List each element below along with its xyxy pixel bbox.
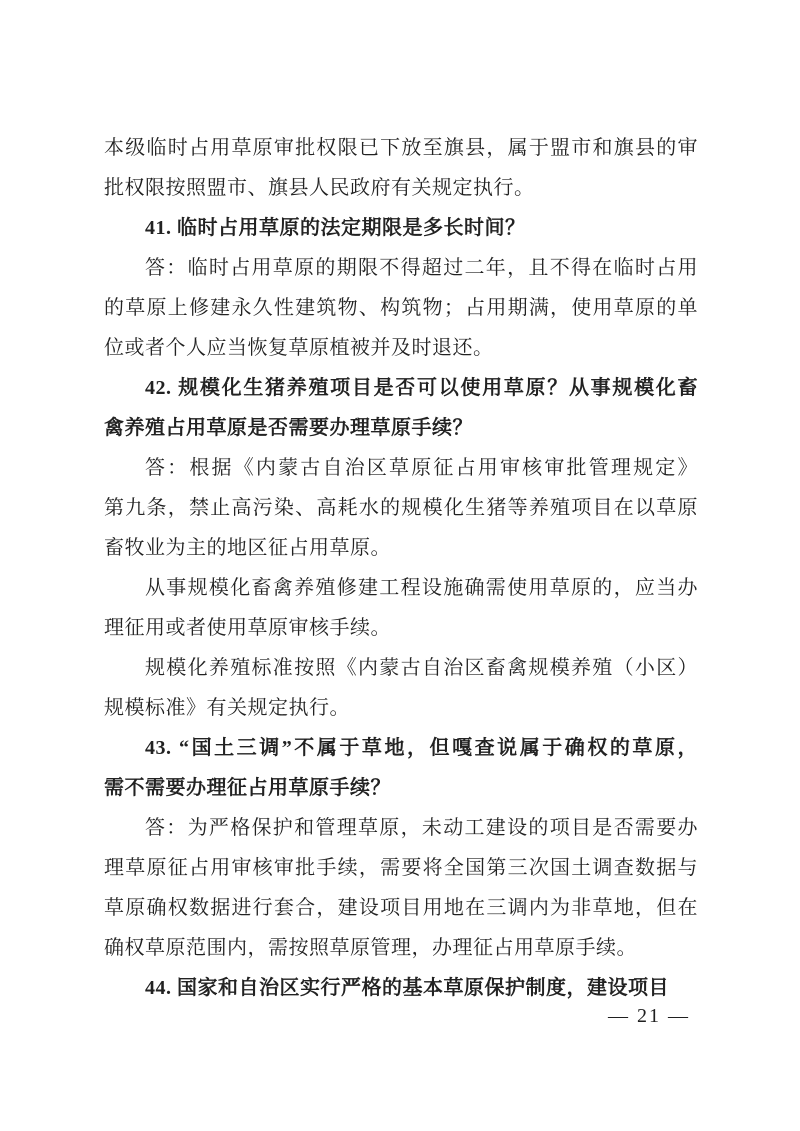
text-line: 禽养殖占用草原是否需要办理草原手续？ bbox=[104, 408, 698, 448]
text-line: 答：临时占用草原的期限不得超过二年，且不得在临时占用 bbox=[104, 248, 698, 288]
text-line: 位或者个人应当恢复草原植被并及时退还。 bbox=[104, 328, 698, 368]
text-line: 确权草原范围内，需按照草原管理，办理征占用草原手续。 bbox=[104, 928, 698, 968]
answer-paragraph: 从事规模化畜禽养殖修建工程设施确需使用草原的，应当办理征用或者使用草原审核手续。 bbox=[104, 568, 698, 648]
answer-paragraph: 本级临时占用草原审批权限已下放至旗县，属于盟市和旗县的审批权限按照盟市、旗县人民… bbox=[104, 128, 698, 208]
text-line: 43. “国土三调”不属于草地，但嘎查说属于确权的草原， bbox=[104, 728, 698, 768]
answer-paragraph: 答：为严格保护和管理草原，未动工建设的项目是否需要办理草原征占用审核审批手续，需… bbox=[104, 808, 698, 968]
question-paragraph: 44. 国家和自治区实行严格的基本草原保护制度，建设项目 bbox=[104, 968, 698, 1008]
answer-paragraph: 答：临时占用草原的期限不得超过二年，且不得在临时占用的草原上修建永久性建筑物、构… bbox=[104, 248, 698, 368]
text-line: 批权限按照盟市、旗县人民政府有关规定执行。 bbox=[104, 168, 698, 208]
document-body: 本级临时占用草原审批权限已下放至旗县，属于盟市和旗县的审批权限按照盟市、旗县人民… bbox=[104, 128, 698, 1008]
question-paragraph: 42. 规模化生猪养殖项目是否可以使用草原？从事规模化畜禽养殖占用草原是否需要办… bbox=[104, 368, 698, 448]
text-line: 规模标准》有关规定执行。 bbox=[104, 688, 698, 728]
text-line: 答：根据《内蒙古自治区草原征占用审核审批管理规定》 bbox=[104, 448, 698, 488]
answer-paragraph: 答：根据《内蒙古自治区草原征占用审核审批管理规定》第九条，禁止高污染、高耗水的规… bbox=[104, 448, 698, 568]
text-line: 规模化养殖标准按照《内蒙古自治区畜禽规模养殖（小区） bbox=[104, 648, 698, 688]
text-line: 44. 国家和自治区实行严格的基本草原保护制度，建设项目 bbox=[104, 968, 698, 1008]
text-line: 畜牧业为主的地区征占用草原。 bbox=[104, 528, 698, 568]
document-page: 本级临时占用草原审批权限已下放至旗县，属于盟市和旗县的审批权限按照盟市、旗县人民… bbox=[0, 0, 800, 1131]
text-line: 理草原征占用审核审批手续，需要将全国第三次国土调查数据与 bbox=[104, 848, 698, 888]
question-paragraph: 41. 临时占用草原的法定期限是多长时间？ bbox=[104, 208, 698, 248]
text-line: 41. 临时占用草原的法定期限是多长时间？ bbox=[104, 208, 698, 248]
text-line: 理征用或者使用草原审核手续。 bbox=[104, 608, 698, 648]
page-number: — 21 — bbox=[583, 1003, 715, 1029]
text-line: 42. 规模化生猪养殖项目是否可以使用草原？从事规模化畜 bbox=[104, 368, 698, 408]
answer-paragraph: 规模化养殖标准按照《内蒙古自治区畜禽规模养殖（小区）规模标准》有关规定执行。 bbox=[104, 648, 698, 728]
text-line: 答：为严格保护和管理草原，未动工建设的项目是否需要办 bbox=[104, 808, 698, 848]
text-line: 的草原上修建永久性建筑物、构筑物；占用期满，使用草原的单 bbox=[104, 288, 698, 328]
question-paragraph: 43. “国土三调”不属于草地，但嘎查说属于确权的草原，需不需要办理征占用草原手… bbox=[104, 728, 698, 808]
text-line: 草原确权数据进行套合，建设项目用地在三调内为非草地，但在 bbox=[104, 888, 698, 928]
text-line: 需不需要办理征占用草原手续？ bbox=[104, 768, 698, 808]
text-line: 第九条，禁止高污染、高耗水的规模化生猪等养殖项目在以草原 bbox=[104, 488, 698, 528]
text-line: 本级临时占用草原审批权限已下放至旗县，属于盟市和旗县的审 bbox=[104, 128, 698, 168]
text-line: 从事规模化畜禽养殖修建工程设施确需使用草原的，应当办 bbox=[104, 568, 698, 608]
